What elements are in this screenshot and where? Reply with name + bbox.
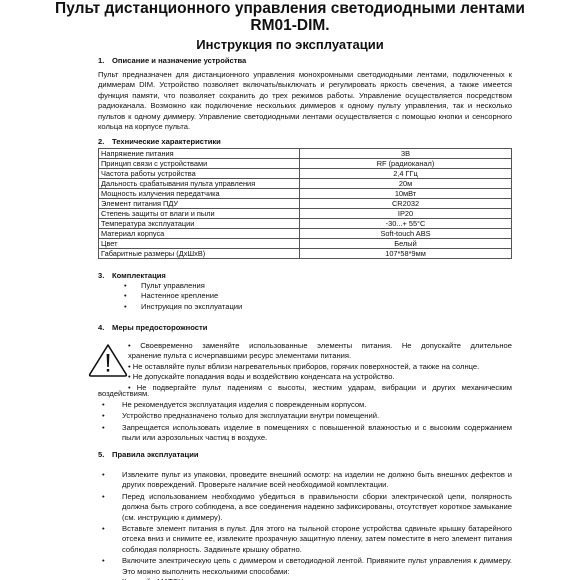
spec-value: 107*58*9мм xyxy=(300,249,512,259)
spec-param: Температура эксплуатации xyxy=(99,219,300,229)
table-row: Температура эксплуатации-30...+ 55°C xyxy=(99,219,512,229)
spec-table: Напряжение питания3ВПринцип связи с устр… xyxy=(98,148,512,259)
spec-param: Напряжение питания xyxy=(99,149,300,159)
spec-value: -30...+ 55°C xyxy=(300,219,512,229)
spec-param: Принцип связи с устройствами xyxy=(99,159,300,169)
spec-value: 20м xyxy=(300,179,512,189)
list-item: Не рекомендуется эксплуатация изделия с … xyxy=(98,400,512,410)
table-row: Элемент питания ПДУCR2032 xyxy=(99,199,512,209)
list-item: Перед использованием необходимо убедитьс… xyxy=(98,492,512,523)
table-row: Принцип связи с устройствамиRF (радиокан… xyxy=(99,159,512,169)
section-4-heading: 4.Меры предосторожности xyxy=(98,323,207,332)
table-row: ЦветБелый xyxy=(99,239,512,249)
list-item: Инструкция по эксплуатации xyxy=(124,302,242,312)
list-item: Извлеките пульт из упаковки, проведите в… xyxy=(98,470,512,491)
table-row: Мощность излучения передатчика10мВт xyxy=(99,189,512,199)
list-item: Включите электрическую цепь с диммером и… xyxy=(98,556,512,577)
spec-value: CR2032 xyxy=(300,199,512,209)
spec-value: Белый xyxy=(300,239,512,249)
spec-param: Материал корпуса xyxy=(99,229,300,239)
warning-text-block: • Своевременно заменяйте использованные … xyxy=(128,341,512,393)
document-subtitle: Инструкция по эксплуатации xyxy=(0,37,580,52)
spec-param: Степень защиты от влаги и пыли xyxy=(99,209,300,219)
section-3-heading: 3.Комплектация xyxy=(98,271,166,280)
warning-continuation: воздействиям. xyxy=(98,389,149,399)
section-1-description: Пульт предназначен для дистанционного уп… xyxy=(98,70,512,132)
table-row: Степень защиты от влаги и пылиIP20 xyxy=(99,209,512,219)
table-row: Габаритные размеры (ДхШхВ)107*58*9мм xyxy=(99,249,512,259)
spec-param: Мощность излучения передатчика xyxy=(99,189,300,199)
section-5-heading: 5.Правила эксплуатации xyxy=(98,450,199,459)
table-row: Дальность срабатывания пульта управления… xyxy=(99,179,512,189)
table-row: Частота работы устройства2,4 ГГц xyxy=(99,169,512,179)
package-contents-list: Пульт управления Настенное крепление Инс… xyxy=(124,281,242,312)
spec-value: 10мВт xyxy=(300,189,512,199)
table-row: Материал корпусаSoft-touch ABS xyxy=(99,229,512,239)
list-item: Пульт управления xyxy=(124,281,242,291)
spec-value: 3В xyxy=(300,149,512,159)
spec-param: Цвет xyxy=(99,239,300,249)
list-item: Устройство предназначено только для эксп… xyxy=(98,411,512,421)
section-2-heading: 2.Технические характеристики xyxy=(98,137,221,146)
section-1-heading: 1.Описание и назначение устройства xyxy=(98,56,246,65)
spec-value: IP20 xyxy=(300,209,512,219)
spec-value: 2,4 ГГц xyxy=(300,169,512,179)
precautions-list: Не рекомендуется эксплуатация изделия с … xyxy=(98,400,512,444)
spec-param: Габаритные размеры (ДхШхВ) xyxy=(99,249,300,259)
list-item: Вставьте элемент питания в пульт. Для эт… xyxy=(98,524,512,555)
table-row: Напряжение питания3В xyxy=(99,149,512,159)
spec-param: Частота работы устройства xyxy=(99,169,300,179)
spec-value: RF (радиоканал) xyxy=(300,159,512,169)
list-item: Запрещается использовать изделие в помещ… xyxy=(98,423,512,444)
spec-value: Soft-touch ABS xyxy=(300,229,512,239)
spec-param: Дальность срабатывания пульта управления xyxy=(99,179,300,189)
list-item: Настенное крепление xyxy=(124,291,242,301)
warning-triangle-icon xyxy=(88,343,128,377)
document-title-line1: Пульт дистанционного управления светодио… xyxy=(0,0,580,17)
usage-rules-list: Извлеките пульт из упаковки, проведите в… xyxy=(98,470,512,580)
spec-param: Элемент питания ПДУ xyxy=(99,199,300,209)
document-title-line2: RM01-DIM. xyxy=(0,17,580,34)
